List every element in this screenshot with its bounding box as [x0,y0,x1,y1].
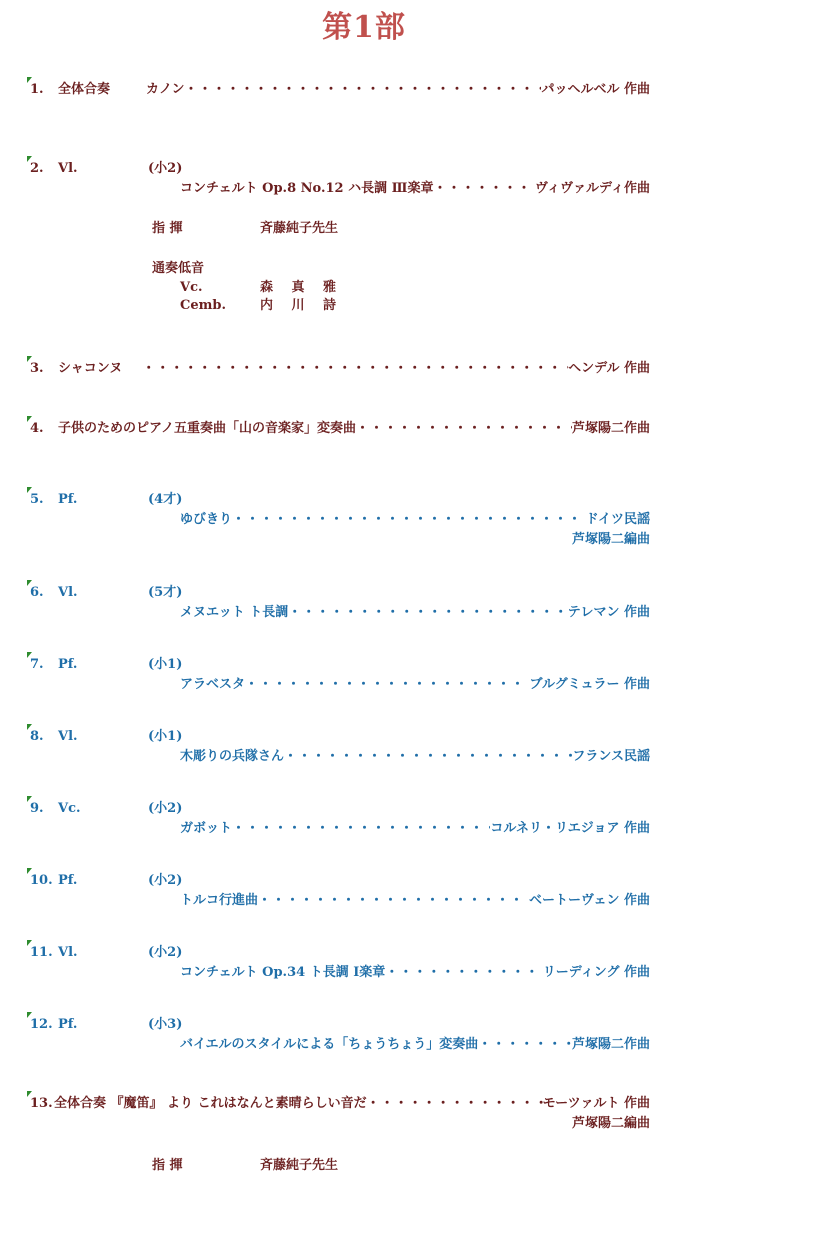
composer: 芦塚陽二作曲 [572,419,650,439]
arranger: 芦塚陽二編曲 [572,530,650,550]
grade: (小2) [148,799,182,819]
instrument: Pf. [58,871,77,891]
conductor-label: 指 揮 [152,1156,183,1176]
grade: (4才) [148,490,182,510]
continuo-player: 森 真 雅 [260,279,336,297]
item-number: 13. [30,1094,53,1114]
instrument: Pf. [58,1015,77,1035]
grade: (小3) [148,1015,182,1035]
item-number: 8. [30,727,44,747]
leader-dots: ・・・・・・・・・・・・・・・・・・・・・・・・・・・・・・・・・・・・・・・・… [245,675,529,695]
item-number: 2. [30,159,44,179]
composer: テレマン 作曲 [568,603,650,623]
item-number: 9. [30,799,44,819]
item-number: 10. [30,871,53,891]
item-number: 6. [30,583,44,603]
piece-title: 木彫りの兵隊さん [180,747,284,767]
instrument: Vl. [58,943,78,963]
leader-dots: ・・・・・・・・・・・・・・・・・・・・・・・・・・・・・・・・・・・・・・・・… [367,1094,543,1114]
piece-title: ガボット [180,819,232,839]
piece-title: コンチェルト Op.8 No.12 ハ長調 Ⅲ楽章 [180,179,433,199]
program-item-6: 6. Vl. (5才) メヌエット ト長調 ・・・・・・・・・・・・・・・・・・… [28,583,650,623]
composer: ヴィヴァルディ作曲 [535,179,650,199]
piece-title: 子供のためのピアノ五重奏曲「山の音楽家」変奏曲 [58,419,356,439]
program-item-12: 12. Pf. (小3) バイエルのスタイルによる「ちょうちょう」変奏曲 ・・・… [28,1015,650,1055]
program-item-7: 7. Pf. (小1) アラベスタ ・・・・・・・・・・・・・・・・・・・・・・… [28,655,650,695]
composer: パッヘルベル 作曲 [541,80,650,100]
composer: ブルグミュラー 作曲 [530,675,651,695]
composer: モーツァルト 作曲 [543,1094,650,1114]
leader-dots: ・・・・・・・・・・・・・・・・・・・・・・・・・・・・・・・・・・・・・・・・… [433,179,534,199]
conductor-label: 指 揮 [152,219,183,239]
item-label: 全体合奏 [58,80,110,100]
item-number: 11. [30,943,53,963]
leader-dots: ・・・・・・・・・・・・・・・・・・・・・・・・・・・・・・・・・・・・・・・・… [385,963,542,983]
composer: ベートーヴェン 作曲 [529,891,650,911]
grade: (小1) [148,655,182,675]
piece-title: シャコンヌ [58,359,122,379]
program-item-8: 8. Vl. (小1) 木彫りの兵隊さん ・・・・・・・・・・・・・・・・・・・… [28,727,650,767]
leader-dots: ・・・・・・・・・・・・・・・・・・・・・・・・・・・・・・・・・・・・・・・・… [232,819,490,839]
program-item-11: 11. Vl. (小2) コンチェルト Op.34 ト長調 Ⅰ楽章 ・・・・・・… [28,943,650,983]
instrument: Pf. [58,655,77,675]
conductor-name: 斉藤純子先生 [260,219,338,239]
continuo-instrument: Cemb. [180,297,226,315]
leader-dots: ・・・・・・・・・・・・・・・・・・・・・・・・・・・・・・・・・・・・・・・・… [258,891,529,911]
piece-title: メヌエット ト長調 [180,603,288,623]
program-item-3: 3. シャコンヌ ・・・・・・・・・・・・・・・・・・・・・・・・・・・・・・・… [28,359,650,379]
instrument: Vl. [58,159,78,179]
continuo-instrument: Vc. [180,279,203,297]
grade: (小1) [148,727,182,747]
composer: フランス民謡 [572,747,650,767]
composer: ドイツ民謡 [586,510,650,530]
composer: 芦塚陽二作曲 [572,1035,650,1055]
leader-dots: ・・・・・・・・・・・・・・・・・・・・・・・・・・・・・・・・・・・・・・・・… [142,359,568,379]
program-item-9: 9. Vc. (小2) ガボット ・・・・・・・・・・・・・・・・・・・・・・・… [28,799,650,839]
program-item-13: 13. 全体合奏 『魔笛』 より これはなんと素晴らしい音だ ・・・・・・・・・… [28,1094,650,1176]
grade: (小2) [148,159,182,179]
grade: (5才) [148,583,182,603]
item-number: 5. [30,490,44,510]
piece-title: トルコ行進曲 [180,891,258,911]
program-item-4: 4. 子供のためのピアノ五重奏曲「山の音楽家」変奏曲 ・・・・・・・・・・・・・… [28,419,650,439]
page-title: 第1部 [0,2,728,46]
instrument: Pf. [58,490,77,510]
instrument: Vc. [58,799,81,819]
item-number: 3. [30,359,44,379]
continuo-player: 内 川 詩 [260,297,336,315]
continuo-label: 通奏低音 [152,259,204,279]
composer: コルネリ・リエジョア 作曲 [490,819,650,839]
leader-dots: ・・・・・・・・・・・・・・・・・・・・・・・・・・・・・・・・・・・・・・・・… [184,80,541,100]
piece-title: アラベスタ [180,675,245,695]
leader-dots: ・・・・・・・・・・・・・・・・・・・・・・・・・・・・・・・・・・・・・・・・… [478,1035,572,1055]
piece-title: カノン [146,80,184,100]
piece-title: ゆびきり [180,510,232,530]
program-item-1: 1. 全体合奏 カノン ・・・・・・・・・・・・・・・・・・・・・・・・・・・・… [28,80,650,100]
item-number: 12. [30,1015,53,1035]
leader-dots: ・・・・・・・・・・・・・・・・・・・・・・・・・・・・・・・・・・・・・・・・… [284,747,572,767]
conductor-name: 斉藤純子先生 [260,1156,338,1176]
program-item-10: 10. Pf. (小2) トルコ行進曲 ・・・・・・・・・・・・・・・・・・・・… [28,871,650,911]
grade: (小2) [148,871,182,891]
instrument: Vl. [58,583,78,603]
program-item-2: 2. Vl. (小2) コンチェルト Op.8 No.12 ハ長調 Ⅲ楽章 ・・… [28,159,650,315]
piece-title: 全体合奏 『魔笛』 より これはなんと素晴らしい音だ [54,1094,367,1114]
leader-dots: ・・・・・・・・・・・・・・・・・・・・・・・・・・・・・・・・・・・・・・・・… [232,510,586,530]
leader-dots: ・・・・・・・・・・・・・・・・・・・・・・・・・・・・・・・・・・・・・・・・… [356,419,572,439]
item-number: 7. [30,655,44,675]
composer: ヘンデル 作曲 [568,359,650,379]
item-number: 1. [30,80,44,100]
program-item-5: 5. Pf. (4才) ゆびきり ・・・・・・・・・・・・・・・・・・・・・・・… [28,490,650,550]
item-number: 4. [30,419,44,439]
instrument: Vl. [58,727,78,747]
arranger: 芦塚陽二編曲 [572,1114,650,1134]
leader-dots: ・・・・・・・・・・・・・・・・・・・・・・・・・・・・・・・・・・・・・・・・… [288,603,567,623]
piece-title: バイエルのスタイルによる「ちょうちょう」変奏曲 [180,1035,478,1055]
composer: リーディング 作曲 [543,963,650,983]
piece-title: コンチェルト Op.34 ト長調 Ⅰ楽章 [180,963,385,983]
grade: (小2) [148,943,182,963]
